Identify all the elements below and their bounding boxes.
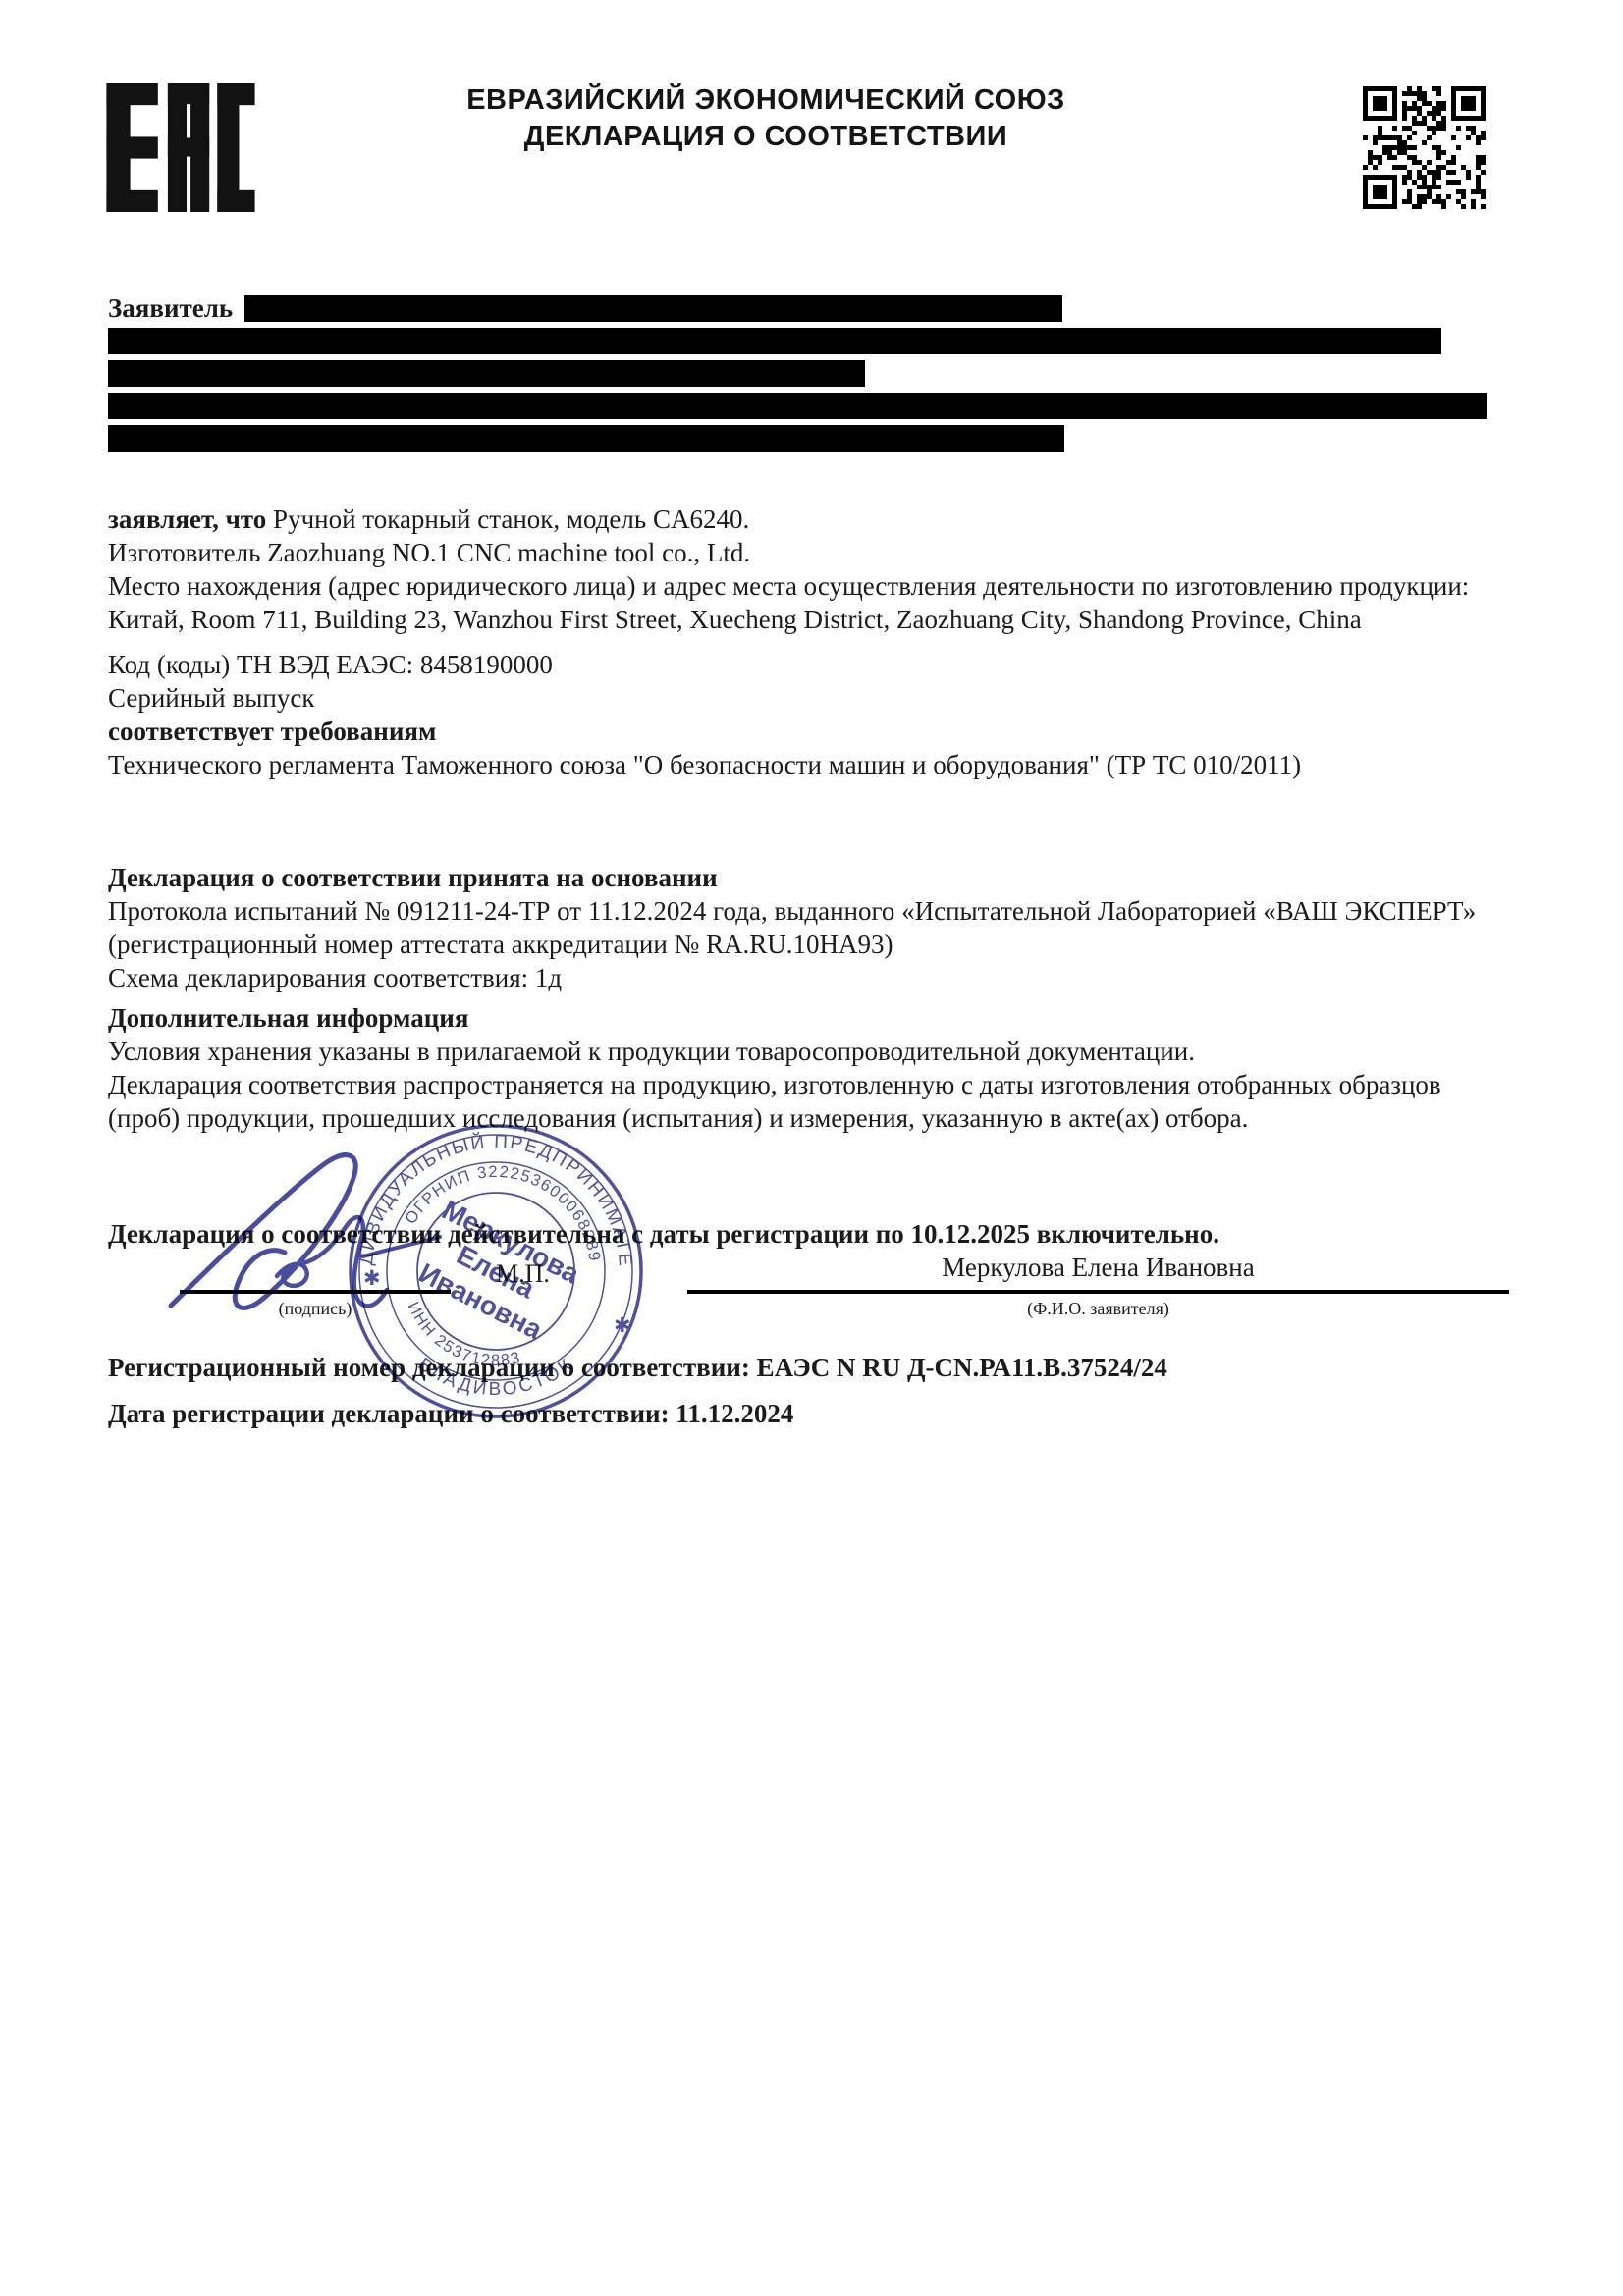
- distribution-line: Декларация соответствия распространяется…: [108, 1068, 1514, 1135]
- applicant-label: Заявитель: [108, 295, 233, 322]
- eac-mark-logo: [106, 83, 255, 217]
- declares-label: заявляет, что: [108, 505, 266, 534]
- redaction-bar: [108, 328, 1441, 354]
- stamp-star-right: ✱: [614, 1314, 631, 1337]
- storage-line: Условия хранения указаны в прилагаемой к…: [108, 1035, 1514, 1068]
- redaction-bar: [108, 425, 1064, 452]
- title-declaration: ДЕКЛАРАЦИЯ О СООТВЕТСТВИИ: [314, 119, 1217, 155]
- scheme-line: Схема декларирования соответствия: 1д: [108, 961, 1514, 994]
- manufacturer-line: Изготовитель Zaozhuang NO.1 CNC machine …: [108, 536, 1514, 569]
- name-caption: (Ф.И.О. заявителя): [687, 1299, 1509, 1319]
- redaction-bar: [108, 393, 1487, 419]
- eac-mark-icon: [106, 83, 255, 212]
- additional-info-section: Дополнительная информация Условия хранен…: [108, 1001, 1514, 1135]
- redaction-bar: [108, 360, 865, 387]
- name-line: [687, 1290, 1509, 1294]
- applicant-name: Меркулова Елена Ивановна: [687, 1253, 1509, 1283]
- qr-code: [1363, 86, 1486, 209]
- declares-text: Ручной токарный станок, модель CA6240.: [273, 505, 749, 534]
- product-section: заявляет, что Ручной токарный станок, мо…: [108, 503, 1514, 781]
- redaction-bar: [244, 295, 1062, 322]
- title-union: ЕВРАЗИЙСКИЙ ЭКОНОМИЧЕСКИЙ СОЮЗ: [314, 82, 1217, 119]
- stamp-star-left: ✱: [363, 1267, 381, 1290]
- complies-heading: соответствует требованиям: [108, 715, 1514, 748]
- round-stamp: ИНДИВИДУАЛЬНЫЙ ПРЕДПРИНИМАТЕЛЬ ВЛАДИВОСТ…: [347, 1122, 645, 1425]
- serial-line: Серийный выпуск: [108, 681, 1514, 715]
- basis-section: Декларация о соответствии принята на осн…: [108, 861, 1514, 994]
- protocol-line: Протокола испытаний № 091211-24-ТР от 11…: [108, 894, 1514, 961]
- applicant-section: Заявитель: [108, 295, 1514, 457]
- address-line: Место нахождения (адрес юридического лиц…: [108, 569, 1514, 636]
- document-title: ЕВРАЗИЙСКИЙ ЭКОНОМИЧЕСКИЙ СОЮЗ ДЕКЛАРАЦИ…: [314, 82, 1217, 155]
- declaration-document: ЕВРАЗИЙСКИЙ ЭКОНОМИЧЕСКИЙ СОЮЗ ДЕКЛАРАЦИ…: [0, 0, 1623, 2296]
- additional-heading: Дополнительная информация: [108, 1001, 1514, 1035]
- basis-heading: Декларация о соответствии принята на осн…: [108, 861, 1514, 894]
- applicant-row: Заявитель: [108, 295, 1514, 322]
- complies-line: Технического регламента Таможенного союз…: [108, 748, 1514, 781]
- declares-line: заявляет, что Ручной токарный станок, мо…: [108, 503, 1514, 536]
- tnved-code-line: Код (коды) ТН ВЭД ЕАЭС: 8458190000: [108, 648, 1514, 681]
